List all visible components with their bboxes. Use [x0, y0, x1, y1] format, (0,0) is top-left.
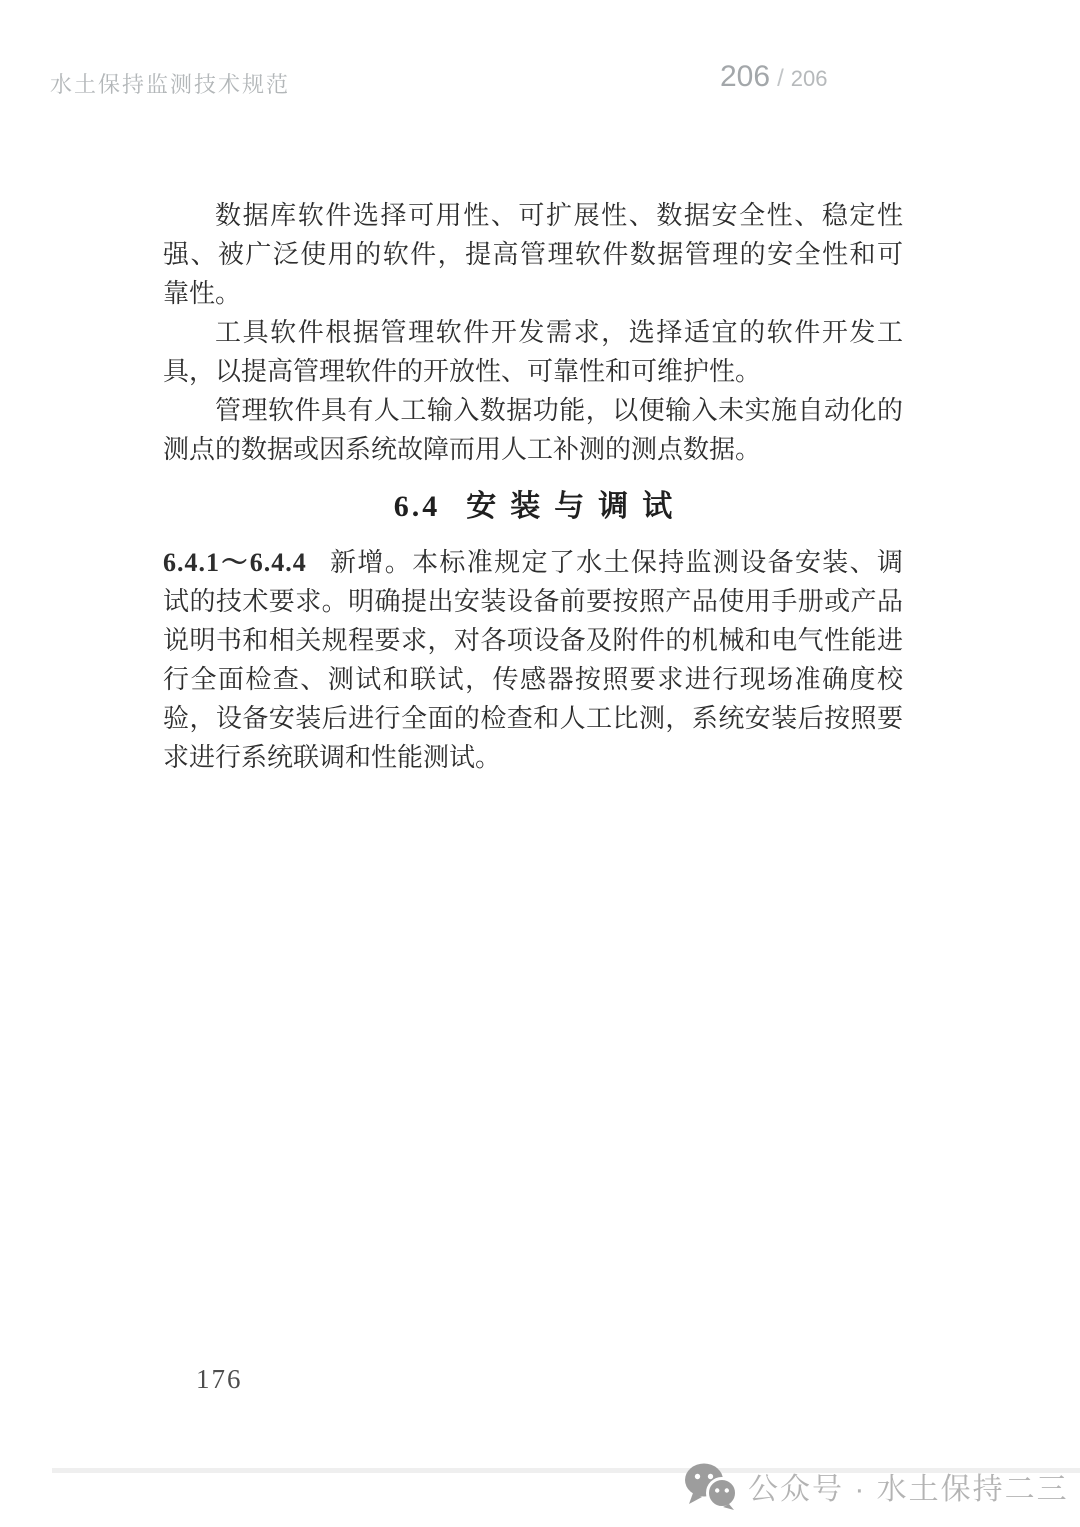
- text-line: 具，以提高管理软件的开放性、可靠性和可维护性。: [163, 352, 903, 391]
- page-total: 206: [791, 66, 828, 92]
- page-indicator: 206 / 206: [720, 60, 827, 94]
- wechat-icon: [684, 1462, 738, 1510]
- paragraph-database-software: 数据库软件选择可用性、可扩展性、数据安全性、稳定性 强、被广泛使用的软件，提高管…: [163, 196, 903, 313]
- text-line: 工具软件根据管理软件开发需求，选择适宜的软件开发工: [163, 313, 903, 352]
- section-number: 6.4: [394, 490, 441, 523]
- paragraph-tool-software: 工具软件根据管理软件开发需求，选择适宜的软件开发工 具，以提高管理软件的开放性、…: [163, 313, 903, 391]
- printed-page-number: 176: [196, 1364, 243, 1395]
- scanned-page-body: 数据库软件选择可用性、可扩展性、数据安全性、稳定性 强、被广泛使用的软件，提高管…: [163, 196, 903, 777]
- document-title: 水土保持监测技术规范: [50, 68, 290, 99]
- page-separator: /: [777, 65, 784, 93]
- text-line: 行全面检查、测试和联试，传感器按照要求进行现场准确度校: [163, 660, 903, 699]
- text-line: 验，设备安装后进行全面的检查和人工比测，系统安装后按照要: [163, 699, 903, 738]
- page-current: 206: [720, 60, 770, 94]
- text-line: 求进行系统联调和性能测试。: [163, 738, 903, 777]
- section-title: 安装与调试: [466, 490, 686, 523]
- text-line: 管理软件具有人工输入数据功能，以便输入未实施自动化的: [163, 391, 903, 430]
- section-heading-6-4: 6.4安装与调试: [163, 489, 903, 525]
- text-line: 试的技术要求。明确提出安装设备前要按照产品使用手册或产品: [163, 582, 903, 621]
- clause-range-label: 6.4.1～6.4.4: [163, 548, 307, 577]
- watermark-text: 公众号 · 水土保持二三: [748, 1464, 1069, 1508]
- text-line: 强、被广泛使用的软件，提高管理软件数据管理的安全性和可: [163, 235, 903, 274]
- paragraph-management-software: 管理软件具有人工输入数据功能，以便输入未实施自动化的 测点的数据或因系统故障而用…: [163, 391, 903, 469]
- text-line: 数据库软件选择可用性、可扩展性、数据安全性、稳定性: [163, 196, 903, 235]
- text-line: 说明书和相关规程要求，对各项设备及附件的机械和电气性能进: [163, 621, 903, 660]
- text-line: 测点的数据或因系统故障而用人工补测的测点数据。: [163, 430, 903, 469]
- text-line: 6.4.1～6.4.4新增。本标准规定了水土保持监测设备安装、调: [163, 543, 903, 582]
- text-line-span: 新增。本标准规定了水土保持监测设备安装、调: [329, 548, 903, 577]
- text-line: 靠性。: [163, 274, 903, 313]
- paragraph-6-4-1-to-6-4-4: 6.4.1～6.4.4新增。本标准规定了水土保持监测设备安装、调 试的技术要求。…: [163, 543, 903, 777]
- watermark: 公众号 · 水土保持二三: [684, 1462, 1069, 1510]
